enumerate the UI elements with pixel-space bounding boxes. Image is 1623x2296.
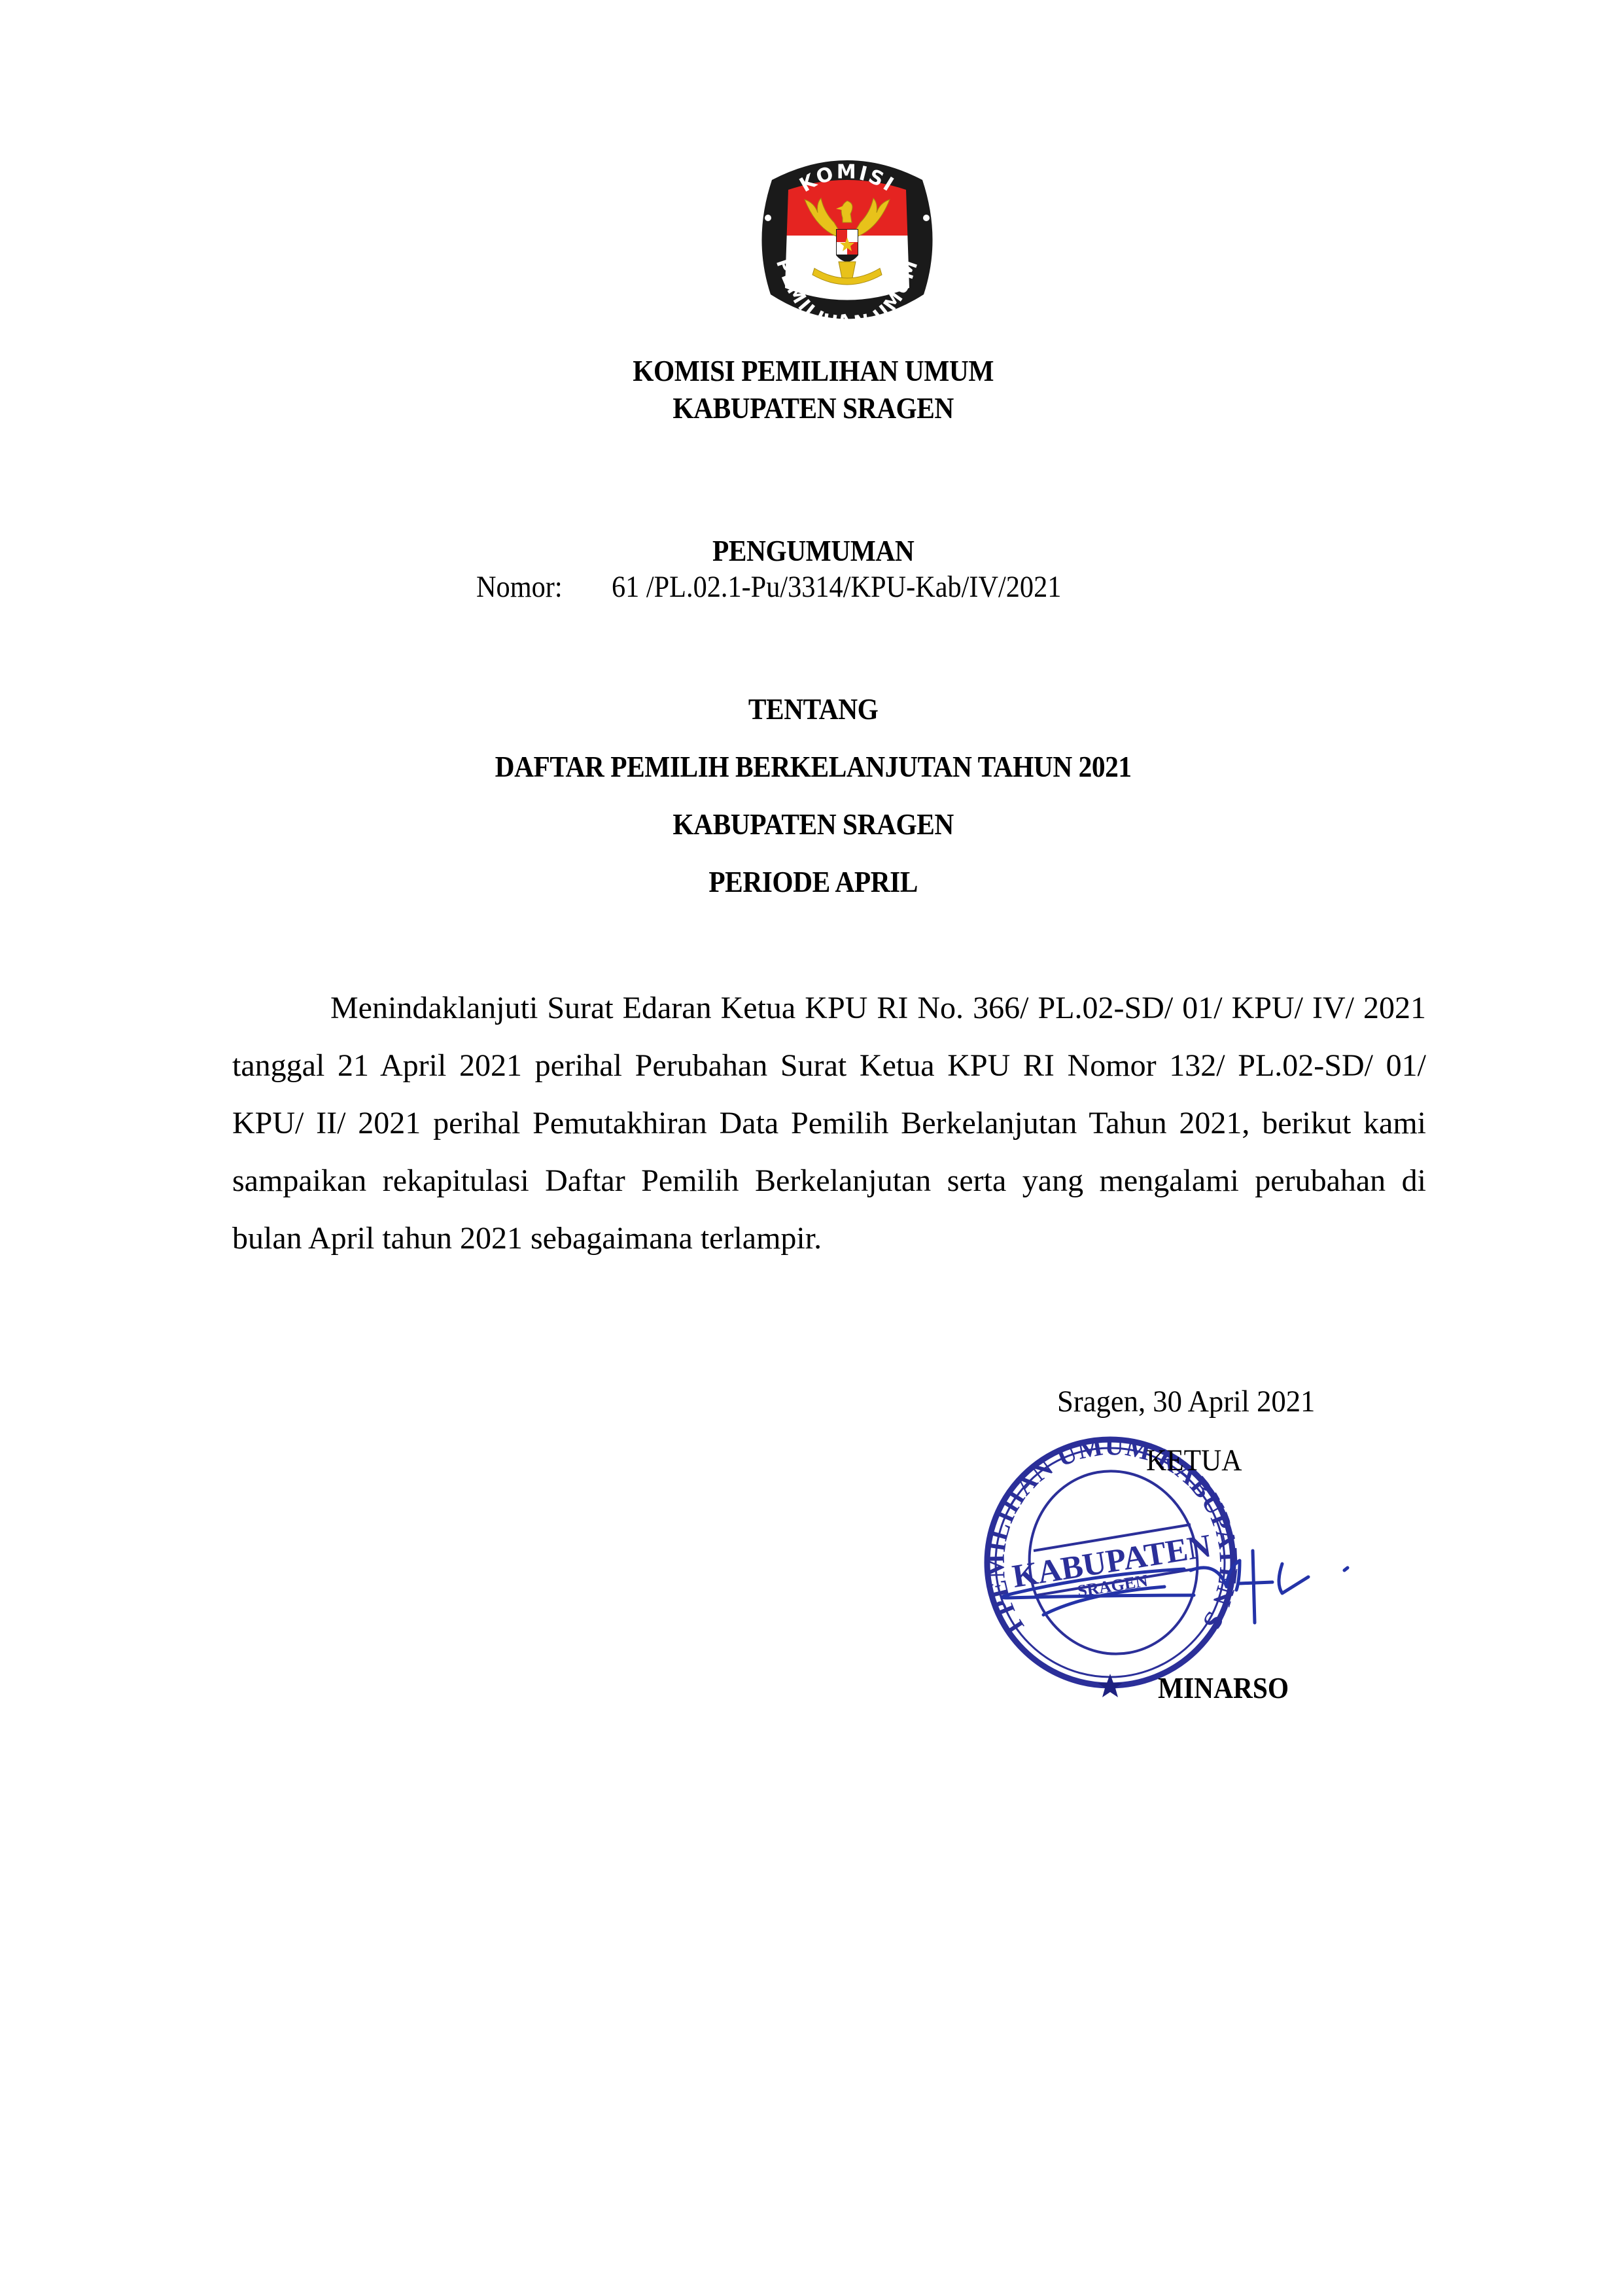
signature-title: KETUA — [1146, 1443, 1242, 1478]
org-name-line1: KOMISI PEMILIHAN UMUM — [83, 353, 1544, 388]
document-page: KOMISI PEMILIHAN UMUM KOMISI PEMILIHAN U… — [0, 0, 1623, 2296]
org-name-line2: KABUPATEN SRAGEN — [83, 391, 1544, 425]
announcement-title: PENGUMUMAN — [83, 533, 1544, 568]
kpu-logo-icon: KOMISI PEMILIHAN UMUM — [752, 141, 942, 334]
number-value: 61 /PL.02.1-Pu/3314/KPU-Kab/IV/2021 — [612, 570, 1061, 604]
subject-tentang: TENTANG — [83, 692, 1544, 726]
signatory-name: MINARSO — [1158, 1670, 1289, 1705]
subject-region: KABUPATEN SRAGEN — [83, 807, 1544, 841]
number-label: Nomor: — [476, 569, 612, 605]
body-paragraph: Menindaklanjuti Surat Edaran Ketua KPU R… — [232, 980, 1426, 1267]
announcement-number: Nomor:61 /PL.02.1-Pu/3314/KPU-Kab/IV/202… — [476, 569, 1061, 605]
subject-period: PERIODE APRIL — [83, 864, 1544, 899]
subject-title: DAFTAR PEMILIH BERKELANJUTAN TAHUN 2021 — [83, 749, 1544, 784]
signature-place-date: Sragen, 30 April 2021 — [1057, 1384, 1315, 1419]
